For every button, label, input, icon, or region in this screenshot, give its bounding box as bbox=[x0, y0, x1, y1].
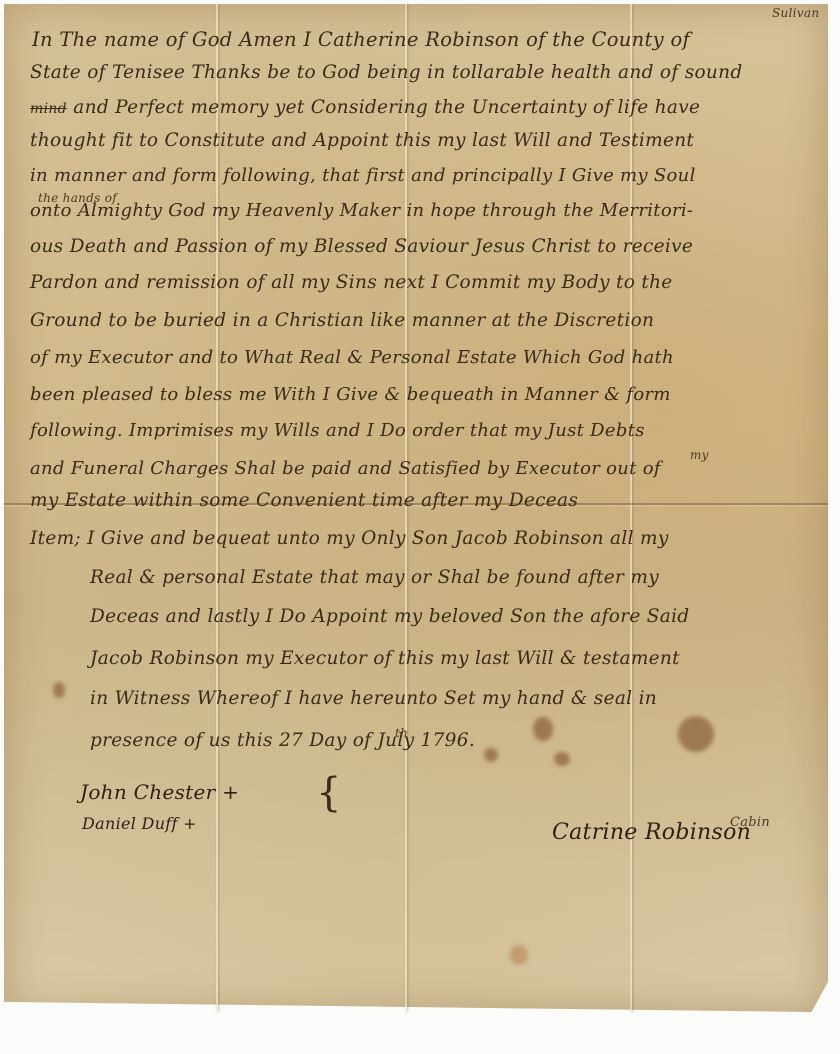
will-line: Real & personal Estate that may or Shal … bbox=[90, 567, 659, 588]
will-line: Ground to be buried in a Christian like … bbox=[30, 310, 654, 331]
will-line: ous Death and Passion of my Blessed Savi… bbox=[30, 236, 693, 257]
will-line: and Perfect memory yet Considering the U… bbox=[73, 97, 700, 118]
insertion-my: my bbox=[690, 448, 709, 462]
will-line: and Funeral Charges Shal be paid and Sat… bbox=[30, 458, 661, 479]
will-line: presence of us this 27 Day of July 1796. bbox=[90, 730, 475, 751]
will-line: Jacob Robinson my Executor of this my la… bbox=[90, 648, 680, 669]
witness-signature: Daniel Duff + bbox=[82, 814, 197, 833]
signature-annotation: Cabin bbox=[730, 815, 770, 830]
will-line: Item; I Give and bequeat unto my Only So… bbox=[30, 528, 669, 549]
witness-signature: John Chester + bbox=[80, 780, 239, 804]
will-line: Pardon and remission of all my Sins next… bbox=[30, 272, 673, 293]
will-line: in manner and form following, that first… bbox=[30, 165, 696, 186]
will-line: been pleased to bless me With I Give & b… bbox=[30, 384, 671, 405]
ink-stain bbox=[678, 716, 714, 752]
will-line: thought fit to Constitute and Appoint th… bbox=[30, 130, 694, 151]
will-line: in Witness Whereof I have hereunto Set m… bbox=[90, 688, 657, 709]
ink-stain bbox=[484, 748, 498, 762]
will-line: my Estate within some Convenient time af… bbox=[30, 490, 578, 511]
will-line: of my Executor and to What Real & Person… bbox=[30, 347, 674, 368]
insertion-county: Sulivan bbox=[772, 6, 819, 20]
ink-stain bbox=[533, 717, 553, 741]
will-line: State of Tenisee Thanks be to God being … bbox=[30, 62, 743, 83]
witness-brace: { bbox=[316, 770, 342, 816]
will-line: following. Imprimises my Wills and I Do … bbox=[30, 420, 645, 441]
struck-word: mind bbox=[30, 101, 67, 117]
ink-stain bbox=[554, 752, 570, 766]
fold-line bbox=[630, 4, 632, 1012]
will-line: In The name of God Amen I Catherine Robi… bbox=[32, 28, 690, 51]
ink-stain bbox=[53, 682, 65, 698]
will-line: onto Almighty God my Heavenly Maker in h… bbox=[30, 200, 693, 221]
will-line: Deceas and lastly I Do Appoint my belove… bbox=[90, 606, 689, 627]
testator-signature: Catrine Robinson bbox=[552, 820, 751, 845]
ink-stain bbox=[510, 945, 528, 965]
